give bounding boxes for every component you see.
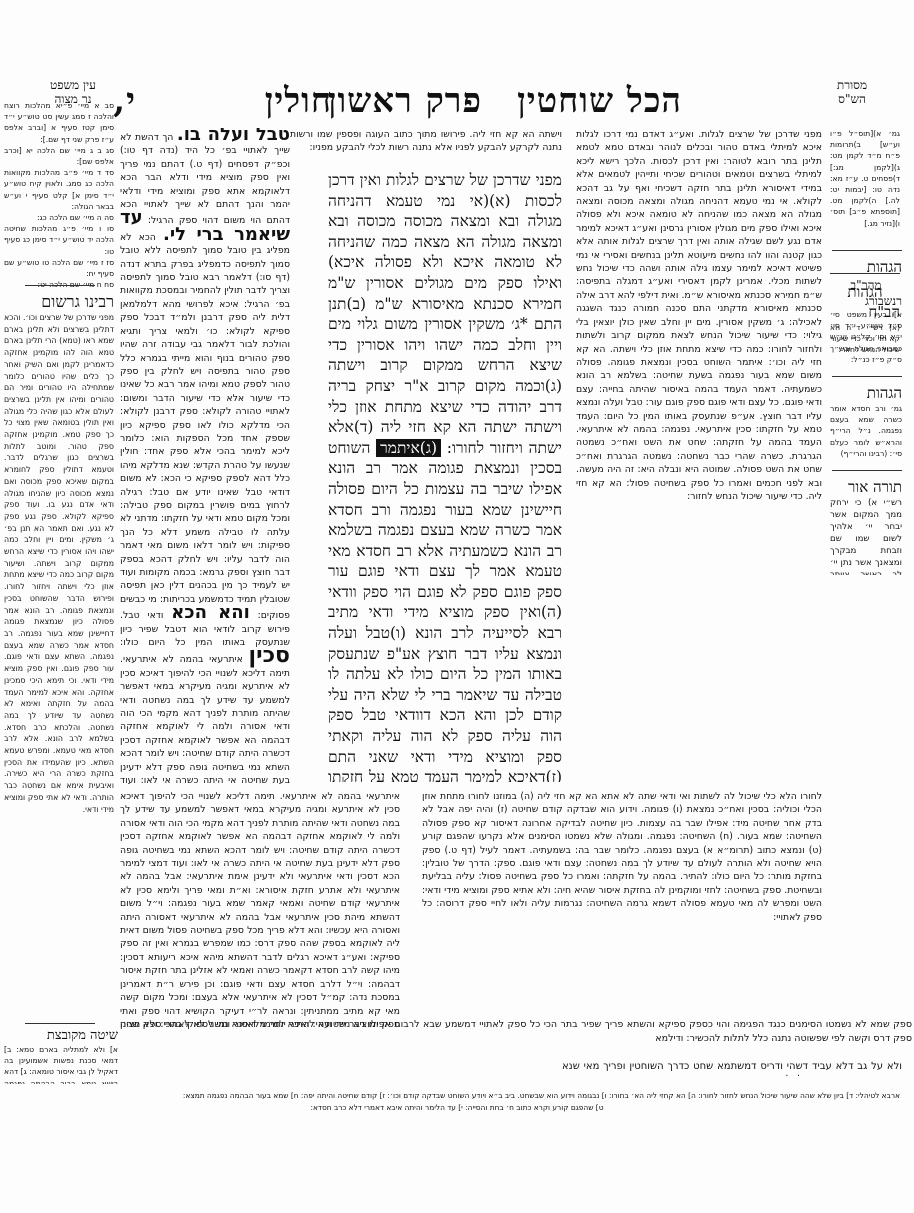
ornament-divider bbox=[830, 465, 902, 477]
chapter-name: הכל שוחטין bbox=[517, 84, 682, 118]
ein-mishpat-entry: סז ז מיי׳ שם הלכה טו טוש״ע שם סעיף יח: bbox=[4, 257, 114, 279]
gemara-highlight-itmar: (ג)איתמר bbox=[376, 439, 441, 457]
chapter-number: פרק ראשון bbox=[328, 84, 482, 118]
hagahot-title: הגהות bbox=[830, 383, 902, 403]
tosafot-text: הכא לא מפליג בין טובל סמוך לתפיסה ללא טו… bbox=[120, 232, 290, 621]
footnotes-line-2: ט] שהפגם קורע וקרא כתוב ח׳ בחת והסייה: י… bbox=[300, 1102, 614, 1114]
gemara-text-part1: מפני שדרכן של שרצים לגלות ואין דרכן לכסו… bbox=[328, 171, 562, 457]
shita-mekubetzet-text: א] ולא למתליה בארם טמא: ב] דמאי סכנת נפש… bbox=[4, 1044, 118, 1084]
footnotes-line-1: ארבא לטיהלי: ד] ביון שלא שהה שיעור שיכול… bbox=[4, 1090, 900, 1102]
tosafot-commentary-bottom: איתרעאי בהמה לא איתרעאי. תימה דליכא לשנו… bbox=[120, 790, 400, 1030]
ein-mishpat-entry: סב א מיי׳ פ״יא מהלכות רוצח והלכה ז סמג ע… bbox=[4, 100, 114, 145]
tosafot-dibbur-hamatchil: טבל ועלה בו. bbox=[177, 128, 290, 145]
ein-mishpat-entry: סד ד מיי׳ פ״ב מהלכות מקוואות הלכה כג סמג… bbox=[4, 167, 114, 212]
tosafot-text: איתרעאי בהמה לא איתרעאי. תימה דליכא לשנו… bbox=[120, 654, 290, 788]
tosafot-text: הך דהשת לא שייך לאתויי בפ׳ כל היד (נדה ד… bbox=[120, 132, 290, 226]
tosafot-bottom-text: איתרעאי בהמה לא איתרעאי. תימה דליכא לשנו… bbox=[120, 790, 400, 1030]
hagahot-maharav-text: א] בעין משפט סי׳ ס״ד טוש״ע י״ד סי׳ י״א ו… bbox=[830, 309, 902, 365]
ein-mishpat-entry: סו ו מיי׳ פ״ג מהלכות שחיטה הלכה יד טוש״ע… bbox=[4, 223, 114, 257]
shita-mekubetzet-title: שיטה מקובצת bbox=[4, 1028, 118, 1044]
ein-mishpat-entry: סה ה מיי׳ שם הלכה כג: bbox=[4, 212, 114, 223]
masoret-label-2: הש"ס bbox=[822, 92, 882, 106]
hagahot-maharav-subtitle: מהר"ב רנשבורג bbox=[830, 277, 902, 309]
hagahot-text: גמ׳ ורב חסדא אומר כשרה שמא בעצם נפגמה. נ… bbox=[830, 403, 902, 459]
rabbeinu-gershom-section: רבינו גרשום מפני שדרכן של שרצים וכו׳. וה… bbox=[4, 292, 114, 1010]
masoret-label-1: מסורת bbox=[822, 78, 882, 92]
rashi-commentary: מפני שדרכן של שרצים לגלות. ואע״ג דאדם נמ… bbox=[576, 128, 822, 790]
shita-mekubetzet-section: שיטה מקובצת א] ולא למתליה בארם טמא: ב] ד… bbox=[4, 1028, 118, 1084]
rabbeinu-gershom-text: מפני שדרכן של שרצים וכו׳. והכא דתלינן בש… bbox=[4, 312, 114, 815]
tractate-name: חולין bbox=[265, 84, 332, 118]
tosafot-intro: וישתה הא קא חזי ליה. פירושו מתוך כתוב הע… bbox=[290, 128, 562, 170]
tosafot-final-text: ספק שמא לא נשמטו הסימנים כנגד הפגימה והו… bbox=[120, 1018, 912, 1046]
masoret-label: מסורת הש"ס bbox=[822, 78, 882, 106]
rabbeinu-gershom-title: רבינו גרשום bbox=[4, 292, 114, 312]
tosafot-last-line-text: ולא על גב דלא עביד דשהי ודריס דמשתמא שחט… bbox=[562, 1060, 902, 1076]
right-margin-lower: הגהות מהר"ב רנשבורג א] בעין משפט סי׳ ס״ד… bbox=[830, 245, 902, 575]
tosafot-dibbur-hamatchil: סכין bbox=[249, 643, 290, 668]
ein-mishpat-column: סב א מיי׳ פ״יא מהלכות רוצח והלכה ז סמג ע… bbox=[4, 74, 114, 292]
hagahot-maharav-title: הגהות bbox=[830, 257, 902, 277]
rashi-bottom-text: לחורו הלא כלי שיכול לה לשתות ואי ודאי שת… bbox=[422, 790, 822, 924]
gemara-main-text: מפני שדרכן של שרצים לגלות ואין דרכן לכסו… bbox=[328, 170, 562, 782]
tosafot-intro-text: וישתה הא קא חזי ליה. פירושו מתוך כתוב הע… bbox=[290, 128, 562, 155]
ornament-divider bbox=[830, 245, 902, 257]
folio-number: י, bbox=[113, 84, 136, 118]
rashi-text: מפני שדרכן של שרצים לגלות. ואע״ג דאדם נמ… bbox=[576, 128, 822, 503]
rashi-commentary-bottom: לחורו הלא כלי שיכול לה לשתות ואי ודאי שת… bbox=[422, 790, 822, 1030]
tosafot-commentary: טבל ועלה בו. הך דהשת לא שייך לאתויי בפ׳ … bbox=[120, 128, 290, 788]
ein-mishpat-entry: סג ב ג מיי׳ שם הלכה יא [וכרב אלפס שם]: bbox=[4, 145, 114, 167]
tosafot-dibbur-hamatchil: והא הכא bbox=[171, 602, 249, 623]
torah-or-text: רש״י א) כי ירחק ממך המקום אשר יבחר יי׳ א… bbox=[830, 497, 902, 575]
tosafot-last-line: ולא על גב דלא עביד דשהי ודריס דמשתמא שחט… bbox=[562, 1060, 902, 1076]
torah-or-title: תורה אור bbox=[830, 477, 902, 497]
gemara-text-part2: השוחט בסכין ונמצאת פגומה אמר רב הונא אפי… bbox=[328, 439, 562, 782]
ornament-divider bbox=[830, 371, 902, 383]
masoret-hashas-text: גמ׳ א)[תוס״ל פ״ו וע״ש] ב)תרומות פ״ח מ״ד … bbox=[830, 128, 900, 229]
ornament-divider bbox=[10, 280, 110, 292]
